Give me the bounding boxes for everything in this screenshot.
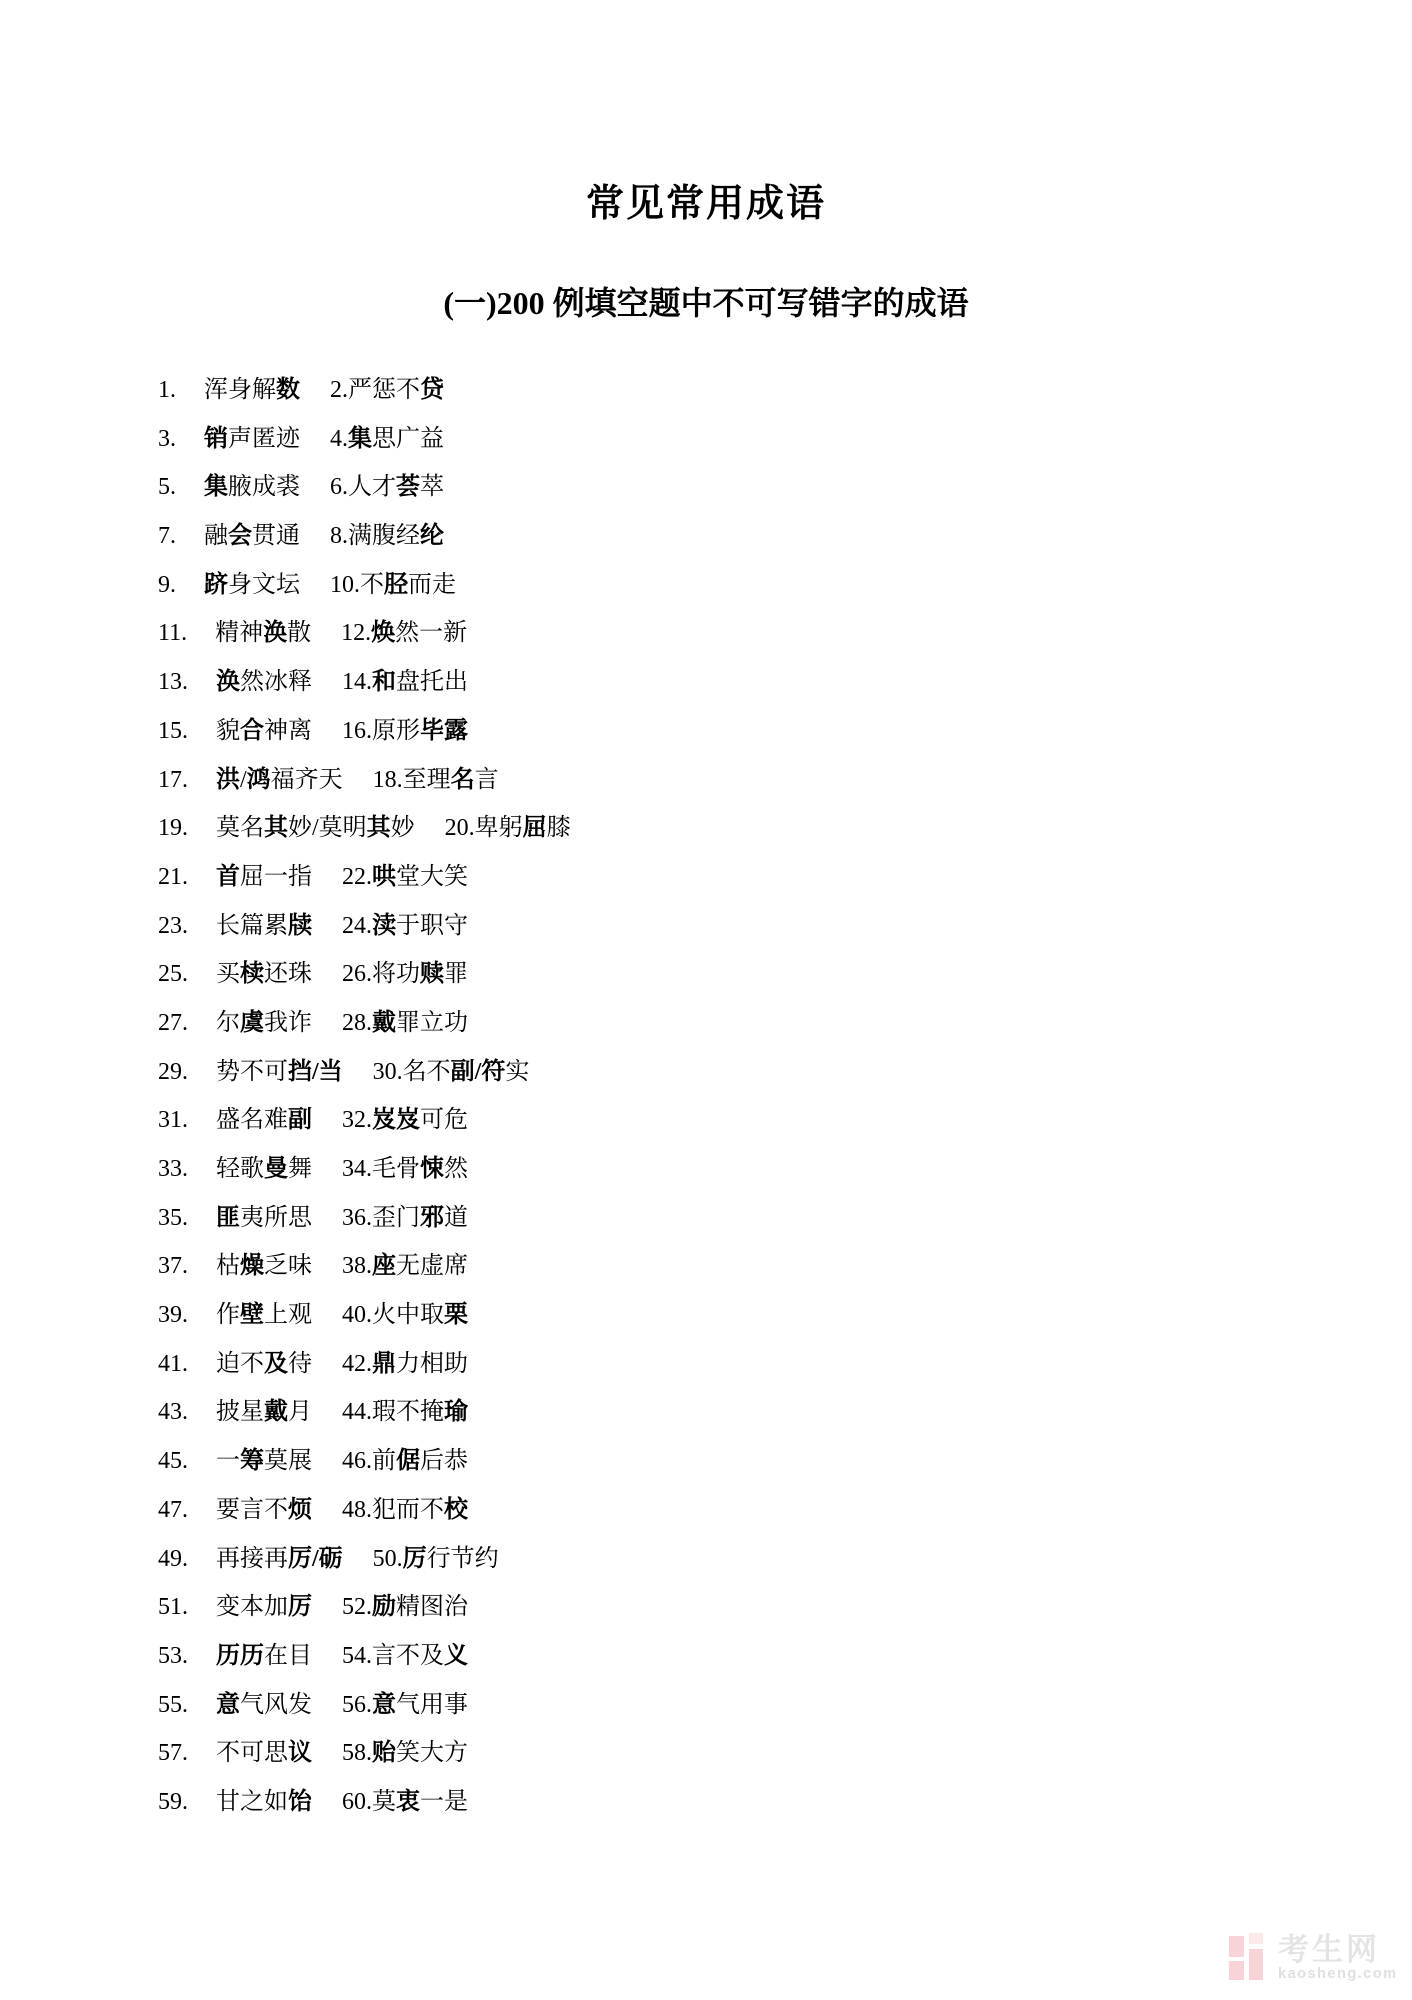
idiom-text: 歪门邪道 bbox=[372, 1205, 468, 1231]
watermark-text: 考生网 kaosheng.com bbox=[1278, 1933, 1398, 1982]
idiom-text: 枯燥乏味 bbox=[216, 1253, 312, 1279]
idiom-text: 人才荟萃 bbox=[348, 474, 444, 500]
list-row: 31.盛名难副32.岌岌可危 bbox=[158, 1096, 571, 1145]
item-number: 38. bbox=[342, 1253, 372, 1279]
item-number: 36. bbox=[342, 1205, 372, 1231]
idiom-item: 10.不胫而走 bbox=[330, 572, 456, 598]
list-row: 39.作壁上观40.火中取栗 bbox=[158, 1291, 571, 1340]
idiom-item: 59.甘之如饴 bbox=[158, 1789, 312, 1815]
idiom-item: 1.浑身解数 bbox=[158, 377, 300, 403]
idiom-text: 毛骨悚然 bbox=[372, 1156, 468, 1182]
list-row: 45.一筹莫展46.前倨后恭 bbox=[158, 1437, 571, 1486]
idiom-item: 21.首屈一指 bbox=[158, 864, 312, 890]
list-row: 49.再接再厉/砺50.厉行节约 bbox=[158, 1535, 571, 1584]
item-number: 43. bbox=[158, 1399, 188, 1425]
list-row: 11.精神涣散12.焕然一新 bbox=[158, 609, 571, 658]
idiom-text: 焕然一新 bbox=[371, 620, 467, 646]
item-number: 44. bbox=[342, 1399, 372, 1425]
idiom-item: 60.莫衷一是 bbox=[342, 1789, 468, 1815]
document-page: 常见常用成语 (一)200 例填空题中不可写错字的成语 1.浑身解数2.严惩不贷… bbox=[0, 0, 1412, 2000]
item-number: 54. bbox=[342, 1643, 372, 1669]
idiom-text: 名不副/符实 bbox=[403, 1059, 530, 1085]
list-row: 43.披星戴月44.瑕不掩瑜 bbox=[158, 1388, 571, 1437]
item-number: 47. bbox=[158, 1497, 188, 1523]
idiom-text: 变本加厉 bbox=[216, 1594, 312, 1620]
idiom-item: 33.轻歌曼舞 bbox=[158, 1156, 312, 1182]
idiom-text: 将功赎罪 bbox=[372, 961, 468, 987]
logo-block bbox=[1249, 1933, 1263, 1944]
idiom-text: 不胫而走 bbox=[360, 572, 456, 598]
idiom-text: 披星戴月 bbox=[216, 1399, 312, 1425]
idiom-text: 意气风发 bbox=[216, 1692, 312, 1718]
item-number: 46. bbox=[342, 1448, 372, 1474]
idiom-text: 集思广益 bbox=[348, 426, 444, 452]
idiom-text: 历历在目 bbox=[216, 1643, 312, 1669]
idiom-text: 犯而不校 bbox=[372, 1497, 468, 1523]
idiom-text: 励精图治 bbox=[372, 1594, 468, 1620]
idiom-item: 2.严惩不贷 bbox=[330, 377, 444, 403]
item-number: 12. bbox=[341, 620, 371, 646]
idiom-text: 跻身文坛 bbox=[204, 572, 300, 598]
item-number: 11. bbox=[158, 620, 187, 646]
idiom-text: 买椟还珠 bbox=[216, 961, 312, 987]
list-row: 7.融会贯通8.满腹经纶 bbox=[158, 512, 571, 561]
idiom-item: 15.貌合神离 bbox=[158, 718, 312, 744]
idiom-item: 3.销声匿迹 bbox=[158, 426, 300, 452]
logo-block bbox=[1249, 1949, 1263, 1980]
idiom-text: 和盘托出 bbox=[372, 669, 468, 695]
list-row: 53.历历在目54.言不及义 bbox=[158, 1632, 571, 1681]
idiom-item: 16.原形毕露 bbox=[342, 718, 468, 744]
item-number: 10. bbox=[330, 572, 360, 598]
idiom-text: 戴罪立功 bbox=[372, 1010, 468, 1036]
idiom-text: 再接再厉/砺 bbox=[216, 1546, 343, 1572]
logo-block bbox=[1229, 1961, 1244, 1980]
idiom-item: 17.洪/鸿福齐天 bbox=[158, 767, 343, 793]
idiom-item: 36.歪门邪道 bbox=[342, 1205, 468, 1231]
item-number: 59. bbox=[158, 1789, 188, 1815]
idiom-item: 50.厉行节约 bbox=[373, 1546, 499, 1572]
list-row: 21.首屈一指22.哄堂大笑 bbox=[158, 853, 571, 902]
idiom-text: 首屈一指 bbox=[216, 864, 312, 890]
idiom-text: 尔虞我诈 bbox=[216, 1010, 312, 1036]
item-number: 17. bbox=[158, 767, 188, 793]
item-number: 58. bbox=[342, 1740, 372, 1766]
item-number: 18. bbox=[373, 767, 403, 793]
item-number: 60. bbox=[342, 1789, 372, 1815]
item-number: 1. bbox=[158, 377, 176, 403]
idiom-item: 51.变本加厉 bbox=[158, 1594, 312, 1620]
idiom-item: 11.精神涣散 bbox=[158, 620, 311, 646]
item-number: 28. bbox=[342, 1010, 372, 1036]
idiom-text: 至理名言 bbox=[403, 767, 499, 793]
item-number: 57. bbox=[158, 1740, 188, 1766]
list-row: 55.意气风发56.意气用事 bbox=[158, 1681, 571, 1730]
item-number: 33. bbox=[158, 1156, 188, 1182]
idiom-item: 24.渎于职守 bbox=[342, 913, 468, 939]
idiom-text: 涣然冰释 bbox=[216, 669, 312, 695]
idiom-text: 甘之如饴 bbox=[216, 1789, 312, 1815]
page-title: 常见常用成语 bbox=[0, 172, 1412, 227]
list-row: 9.跻身文坛10.不胫而走 bbox=[158, 561, 571, 610]
item-number: 26. bbox=[342, 961, 372, 987]
item-number: 2. bbox=[330, 377, 348, 403]
idiom-text: 岌岌可危 bbox=[372, 1107, 468, 1133]
item-number: 21. bbox=[158, 864, 188, 890]
idiom-item: 9.跻身文坛 bbox=[158, 572, 300, 598]
item-number: 49. bbox=[158, 1546, 188, 1572]
watermark: 考生网 kaosheng.com bbox=[1229, 1933, 1399, 1987]
item-number: 56. bbox=[342, 1692, 372, 1718]
idiom-text: 卑躬屈膝 bbox=[475, 815, 571, 841]
item-number: 51. bbox=[158, 1594, 188, 1620]
idiom-text: 迫不及待 bbox=[216, 1351, 312, 1377]
section-subtitle: (一)200 例填空题中不可写错字的成语 bbox=[0, 278, 1412, 324]
logo-block bbox=[1229, 1936, 1244, 1957]
item-number: 37. bbox=[158, 1253, 188, 1279]
item-number: 8. bbox=[330, 523, 348, 549]
idiom-item: 38.座无虚席 bbox=[342, 1253, 468, 1279]
idiom-list: 1.浑身解数2.严惩不贷3.销声匿迹4.集思广益5.集腋成裘6.人才荟萃7.融会… bbox=[158, 366, 571, 1827]
list-row: 37.枯燥乏味38.座无虚席 bbox=[158, 1242, 571, 1291]
item-number: 9. bbox=[158, 572, 176, 598]
idiom-text: 匪夷所思 bbox=[216, 1205, 312, 1231]
item-number: 42. bbox=[342, 1351, 372, 1377]
item-number: 41. bbox=[158, 1351, 188, 1377]
list-row: 41.迫不及待42.鼎力相助 bbox=[158, 1340, 571, 1389]
idiom-text: 作壁上观 bbox=[216, 1302, 312, 1328]
idiom-text: 势不可挡/当 bbox=[216, 1059, 343, 1085]
list-row: 35.匪夷所思36.歪门邪道 bbox=[158, 1194, 571, 1243]
idiom-item: 32.岌岌可危 bbox=[342, 1107, 468, 1133]
item-number: 48. bbox=[342, 1497, 372, 1523]
idiom-text: 要言不烦 bbox=[216, 1497, 312, 1523]
idiom-item: 56.意气用事 bbox=[342, 1692, 468, 1718]
idiom-item: 12.焕然一新 bbox=[341, 620, 467, 646]
list-row: 5.集腋成裘6.人才荟萃 bbox=[158, 463, 571, 512]
idiom-text: 哄堂大笑 bbox=[372, 864, 468, 890]
idiom-text: 洪/鸿福齐天 bbox=[216, 767, 343, 793]
idiom-text: 厉行节约 bbox=[403, 1546, 499, 1572]
idiom-item: 5.集腋成裘 bbox=[158, 474, 300, 500]
list-row: 59.甘之如饴60.莫衷一是 bbox=[158, 1778, 571, 1827]
idiom-item: 7.融会贯通 bbox=[158, 523, 300, 549]
idiom-text: 鼎力相助 bbox=[372, 1351, 468, 1377]
list-row: 25.买椟还珠26.将功赎罪 bbox=[158, 950, 571, 999]
item-number: 20. bbox=[445, 815, 475, 841]
idiom-item: 39.作壁上观 bbox=[158, 1302, 312, 1328]
list-row: 57.不可思议58.贻笑大方 bbox=[158, 1729, 571, 1778]
idiom-item: 54.言不及义 bbox=[342, 1643, 468, 1669]
item-number: 24. bbox=[342, 913, 372, 939]
idiom-text: 不可思议 bbox=[216, 1740, 312, 1766]
idiom-item: 25.买椟还珠 bbox=[158, 961, 312, 987]
idiom-item: 34.毛骨悚然 bbox=[342, 1156, 468, 1182]
idiom-item: 47.要言不烦 bbox=[158, 1497, 312, 1523]
idiom-text: 满腹经纶 bbox=[348, 523, 444, 549]
item-number: 40. bbox=[342, 1302, 372, 1328]
item-number: 31. bbox=[158, 1107, 188, 1133]
idiom-item: 46.前倨后恭 bbox=[342, 1448, 468, 1474]
idiom-item: 13.涣然冰释 bbox=[158, 669, 312, 695]
item-number: 34. bbox=[342, 1156, 372, 1182]
item-number: 45. bbox=[158, 1448, 188, 1474]
idiom-text: 莫名其妙/莫明其妙 bbox=[216, 815, 415, 841]
idiom-item: 43.披星戴月 bbox=[158, 1399, 312, 1425]
list-row: 51.变本加厉52.励精图治 bbox=[158, 1583, 571, 1632]
idiom-item: 28.戴罪立功 bbox=[342, 1010, 468, 1036]
idiom-item: 35.匪夷所思 bbox=[158, 1205, 312, 1231]
idiom-item: 42.鼎力相助 bbox=[342, 1351, 468, 1377]
idiom-text: 言不及义 bbox=[372, 1643, 468, 1669]
idiom-item: 44.瑕不掩瑜 bbox=[342, 1399, 468, 1425]
idiom-item: 6.人才荟萃 bbox=[330, 474, 444, 500]
idiom-text: 销声匿迹 bbox=[204, 426, 300, 452]
idiom-text: 长篇累牍 bbox=[216, 913, 312, 939]
item-number: 50. bbox=[373, 1546, 403, 1572]
list-row: 27.尔虞我诈28.戴罪立功 bbox=[158, 999, 571, 1048]
idiom-item: 18.至理名言 bbox=[373, 767, 499, 793]
idiom-text: 原形毕露 bbox=[372, 718, 468, 744]
list-row: 15.貌合神离16.原形毕露 bbox=[158, 707, 571, 756]
item-number: 3. bbox=[158, 426, 176, 452]
item-number: 6. bbox=[330, 474, 348, 500]
item-number: 7. bbox=[158, 523, 176, 549]
idiom-item: 19.莫名其妙/莫明其妙 bbox=[158, 815, 415, 841]
idiom-text: 火中取栗 bbox=[372, 1302, 468, 1328]
idiom-item: 27.尔虞我诈 bbox=[158, 1010, 312, 1036]
idiom-item: 58.贻笑大方 bbox=[342, 1740, 468, 1766]
idiom-text: 座无虚席 bbox=[372, 1253, 468, 1279]
idiom-text: 一筹莫展 bbox=[216, 1448, 312, 1474]
idiom-item: 53.历历在目 bbox=[158, 1643, 312, 1669]
idiom-item: 37.枯燥乏味 bbox=[158, 1253, 312, 1279]
idiom-text: 浑身解数 bbox=[204, 377, 300, 403]
idiom-text: 轻歌曼舞 bbox=[216, 1156, 312, 1182]
item-number: 27. bbox=[158, 1010, 188, 1036]
idiom-item: 31.盛名难副 bbox=[158, 1107, 312, 1133]
item-number: 55. bbox=[158, 1692, 188, 1718]
idiom-item: 30.名不副/符实 bbox=[373, 1059, 530, 1085]
item-number: 29. bbox=[158, 1059, 188, 1085]
idiom-text: 融会贯通 bbox=[204, 523, 300, 549]
idiom-item: 8.满腹经纶 bbox=[330, 523, 444, 549]
item-number: 19. bbox=[158, 815, 188, 841]
list-row: 29.势不可挡/当30.名不副/符实 bbox=[158, 1048, 571, 1097]
idiom-text: 严惩不贷 bbox=[348, 377, 444, 403]
list-row: 23.长篇累牍24.渎于职守 bbox=[158, 902, 571, 951]
idiom-text: 莫衷一是 bbox=[372, 1789, 468, 1815]
idiom-item: 23.长篇累牍 bbox=[158, 913, 312, 939]
item-number: 25. bbox=[158, 961, 188, 987]
watermark-site-name: 考生网 bbox=[1278, 1933, 1398, 1966]
list-row: 17.洪/鸿福齐天18.至理名言 bbox=[158, 756, 571, 805]
list-row: 3.销声匿迹4.集思广益 bbox=[158, 415, 571, 464]
kaosheng-logo-icon bbox=[1229, 1933, 1269, 1981]
idiom-item: 40.火中取栗 bbox=[342, 1302, 468, 1328]
item-number: 52. bbox=[342, 1594, 372, 1620]
item-number: 22. bbox=[342, 864, 372, 890]
idiom-text: 渎于职守 bbox=[372, 913, 468, 939]
item-number: 13. bbox=[158, 669, 188, 695]
idiom-item: 26.将功赎罪 bbox=[342, 961, 468, 987]
item-number: 23. bbox=[158, 913, 188, 939]
idiom-item: 41.迫不及待 bbox=[158, 1351, 312, 1377]
idiom-text: 集腋成裘 bbox=[204, 474, 300, 500]
idiom-item: 48.犯而不校 bbox=[342, 1497, 468, 1523]
idiom-item: 49.再接再厉/砺 bbox=[158, 1546, 343, 1572]
item-number: 30. bbox=[373, 1059, 403, 1085]
idiom-text: 意气用事 bbox=[372, 1692, 468, 1718]
item-number: 53. bbox=[158, 1643, 188, 1669]
list-row: 33.轻歌曼舞34.毛骨悚然 bbox=[158, 1145, 571, 1194]
idiom-item: 52.励精图治 bbox=[342, 1594, 468, 1620]
item-number: 15. bbox=[158, 718, 188, 744]
idiom-text: 精神涣散 bbox=[215, 620, 311, 646]
list-row: 13.涣然冰释14.和盘托出 bbox=[158, 658, 571, 707]
list-row: 47.要言不烦48.犯而不校 bbox=[158, 1486, 571, 1535]
list-row: 19.莫名其妙/莫明其妙20.卑躬屈膝 bbox=[158, 804, 571, 853]
idiom-item: 4.集思广益 bbox=[330, 426, 444, 452]
idiom-text: 瑕不掩瑜 bbox=[372, 1399, 468, 1425]
list-row: 1.浑身解数2.严惩不贷 bbox=[158, 366, 571, 415]
idiom-text: 贻笑大方 bbox=[372, 1740, 468, 1766]
item-number: 39. bbox=[158, 1302, 188, 1328]
idiom-item: 55.意气风发 bbox=[158, 1692, 312, 1718]
idiom-text: 前倨后恭 bbox=[372, 1448, 468, 1474]
watermark-site-url: kaosheng.com bbox=[1278, 1967, 1398, 1982]
idiom-item: 20.卑躬屈膝 bbox=[445, 815, 571, 841]
item-number: 35. bbox=[158, 1205, 188, 1231]
idiom-item: 29.势不可挡/当 bbox=[158, 1059, 343, 1085]
item-number: 32. bbox=[342, 1107, 372, 1133]
item-number: 4. bbox=[330, 426, 348, 452]
idiom-item: 14.和盘托出 bbox=[342, 669, 468, 695]
idiom-item: 45.一筹莫展 bbox=[158, 1448, 312, 1474]
item-number: 14. bbox=[342, 669, 372, 695]
idiom-item: 57.不可思议 bbox=[158, 1740, 312, 1766]
item-number: 5. bbox=[158, 474, 176, 500]
idiom-item: 22.哄堂大笑 bbox=[342, 864, 468, 890]
idiom-text: 盛名难副 bbox=[216, 1107, 312, 1133]
item-number: 16. bbox=[342, 718, 372, 744]
idiom-text: 貌合神离 bbox=[216, 718, 312, 744]
